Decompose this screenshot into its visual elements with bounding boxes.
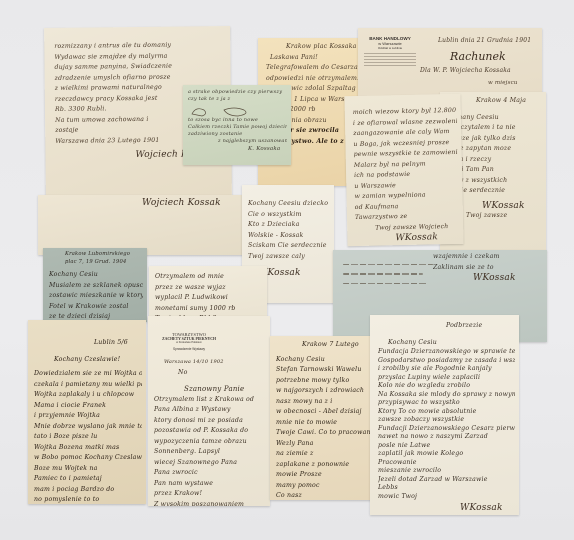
letter-line: w najgorszych i zdrowiach [276,386,370,397]
signature: Wojciech Kossak [142,198,243,209]
letter-line: Wojtka Bozena matki mas [34,443,142,454]
letter-line: Mnie dobrze wyslano jak mnie to [34,422,142,433]
salutation: Kochany Cesiu [49,270,143,281]
letter-line: Kochany Ceesiu dziecko [248,199,330,210]
letter-number: No [154,368,266,379]
invoice-date: Lublin dnia 21 Grudnia 1901 [438,36,531,47]
letter-line: mieszanie zwrocilo [378,467,515,476]
postcard-line: z najglebszym uszanowaniem [188,138,287,145]
letter-line: mnie nie to mowie [276,418,370,429]
letter-line: pozostawia od P. Kossaka do [154,426,266,437]
signature: WKossak [355,232,459,245]
letter-line: Ktory To co mowie absolutnie [378,408,515,417]
letter-line: zostawic mieszkanie w ktorym [49,291,143,302]
letter-line: mowic Twoj [378,493,515,502]
letter-line: Fundacji Dzierzanowskiego Cesarz pierwsz… [378,425,515,434]
letter-header: Krakow Lubomirskiego plac 7, 19 Grud. 19… [49,251,143,266]
salutation: Kochany Czeslawie! [34,355,142,366]
postcard-line: a strake obpowiedzie czy pierwszy [188,89,287,96]
letter-line: Twoje Cawi. Co to pracowano [276,428,370,439]
letter-line: Fotel w Krakowie zostal [49,302,143,313]
sketch-icon [188,103,287,117]
postcard-signature: K. Kossaka [188,145,287,153]
letter-wojciech-kossak-sheet: Wojciech Kossak [38,195,243,255]
letter-lublin: Lublin 5/6 Kochany Czeslawie! Dowiedzial… [28,320,146,504]
handwriting-line [343,283,428,284]
letter-line: Pan nam wystawe [154,479,266,490]
letter-line: monetami sumy 1000 rb [155,304,263,315]
letter-header: Krakow 7 Lutego [276,340,370,351]
signature: WKossak [378,503,515,514]
letter-line: nasz mowy na z i [276,397,370,408]
signature: WKossak [433,273,516,284]
letter-line: Wolskie - Kossak [248,231,330,242]
salutation: Kochany Cesiu [276,355,370,366]
letter-line: zawsze zobaczy wszystkie [378,416,515,425]
letter-line: Telegrafowalem do Cesarza ale dotad [266,63,366,74]
letter-line: Pana Albina z Wystawy [154,405,266,416]
letter-line: czekala i pamietany mu wielki pan [34,380,142,391]
letter-line: w obecnosci - Abel dzisiaj [276,407,370,418]
letter-line: Lebbs [378,484,515,493]
letter-line: Cie o wszystkim [248,210,330,221]
letter-line: zaplatil jak mowie Kolego [378,450,515,459]
letter-line: Sciskam Cie serdecznie [248,241,330,252]
letter-line: i zrobilby sie ale Pogodnie kanjaly [378,365,515,374]
letter-line: przypisywac to wszystko [378,399,515,408]
letter-line: Fundacja Dzierzanowskiego w sprawie tego… [378,348,515,357]
letter-line: i przyjemnie Wojtka [34,411,142,422]
letter-line: Otrzymalem od mnie [155,272,263,283]
letter-line: Stefan Tarnowski Wawelu [276,365,370,376]
letter-grey-blue: Krakow Lubomirskiego plac 7, 19 Grud. 19… [43,248,147,322]
letter-line: wyplacil P. Ludwikowi [155,293,263,304]
salutation: Laskawa Pani! [266,53,366,64]
letter-krakow-7-lutego: Krakow 7 Lutego Kochany Cesiu Stefan Tar… [270,336,374,500]
letter-line: Kto z Dzieciaka [248,220,330,231]
letter-header: Podbrzezie [378,321,515,332]
letter-line: Wezly Pana [276,439,370,450]
postcard-green: a strake obpowiedzie czy pierwszy czy ta… [183,85,291,165]
postcard-line: zadziwiony zostanie [188,131,287,138]
letter-line: Otrzymalem list z Krakowa od [154,395,266,406]
letter-line: Gospodarstwo posiadamy ze zasada i wszys… [378,357,515,366]
letter-line: Dowiedzialem sie ze mi Wojtka o tutaj [34,369,142,380]
letter-line: Sonnenberg. Lapsyl [154,447,266,458]
salutation: Kochany Cesiu [378,338,515,349]
letter-line: tato i Boze pisze lu [34,432,142,443]
letter-line: mamy pomoc [276,481,370,492]
letter-bottom-right: Podbrzezie Kochany Cesiu Fundacja Dzierz… [370,315,519,515]
letter-line: Na Kossaka sie mlody do sprawy z nowym [378,391,515,400]
letter-line: wiecej Szanownego Pana [154,458,266,469]
letter-line: przyslac Lupiny wiele zaplacili [378,374,515,383]
postcard-line: czy tak te z ja z [188,96,287,103]
letter-date: Warszawa 14/10 1902 [154,357,266,368]
invoice-addressee: Dla W. P. Wojciecha Kossaka [420,66,511,77]
letter-line: Twoj zawsze caly [248,252,330,263]
letter-line: ktory donosi mi ze posiada [154,416,266,427]
letter-line: no pomyslenie to to [34,495,142,504]
letter-line: w Bobo pomoc Kochany Czeslawie [34,453,142,464]
letter-header: Lublin 5/6 [34,338,142,349]
letter-line: mam i pociag Bardzo do [34,485,142,496]
letter-line: mowie Prosze [276,470,370,481]
letter-line: na ziemie z [276,449,370,460]
letter-towarzystwo: TOWARZYSTWO ZACHETY SZTUK PIEKNYCH w Kro… [148,316,270,506]
letter-line: Mama i ciocie Franek [34,401,142,412]
letter-line: zaplakane z ponownie [276,460,370,471]
letter-line: Musialem ze szklanek opuscic [49,281,143,292]
letter-line: Pracowanie [378,459,515,468]
letter-line: Boze mu Wojtek na [34,464,142,475]
postcard-line: Calkiem rzeczki Tamie powoj dziecinie [188,124,287,131]
org-subtitle: w Krolestwie Polskiem [154,341,224,344]
letter-line: pewnie wszystkie te zamowienia [354,148,458,161]
invoice-title: Rachunek [450,50,506,63]
letter-line: Zaklinam sie ze to [433,263,516,274]
letter-line: posle nie Latwe [378,442,515,451]
handwriting-line [343,264,433,265]
salutation: Szanowny Panie [154,384,266,395]
letter-line: nawet na nowo z naszymi Zarzad [378,433,515,442]
letter-line: wypozyczenia tamze obrazu [154,437,266,448]
letter-line: Pana zwrocic [154,468,266,479]
bank-branch: Oddzial w Lublinie [364,46,416,50]
letter-line: Jezeli dotad Zarzad w Warszawie [378,476,515,485]
handwriting-line [343,273,423,274]
letter-cream-center: moich wiezow ktory byl 12.800 rubli i ze… [344,94,463,246]
letter-line: przez Krakow! [154,489,266,500]
letter-line: Kolo nie do wzgledu zrobilo [378,382,515,391]
letter-line: potrzebne mowy tylko [276,376,370,387]
letter-line: odpowiedzi nie otrzymalem. Niech sie [266,74,366,85]
letter-line: wzajemnie i czekam [433,252,516,263]
letter-header: Krakow plac Kossaka 4, 22 Stycznia [266,42,366,53]
letter-line: Wojtka zaplakaly i u chlopcow [34,390,142,401]
letter-line: Pamiec to i pamietaj [34,474,142,485]
invoice-addressee-2: w miejscu [488,78,518,89]
letter-line: Z wysokim poszanowaniem [154,500,266,507]
letter-line: przez ze wasze wyjaz [155,283,263,294]
org-dept: Sprawdzenie Wystawy [154,347,224,351]
postcard-line: to szosa byc inna to nowe [188,117,287,124]
letter-line: Co nasz [276,491,370,500]
